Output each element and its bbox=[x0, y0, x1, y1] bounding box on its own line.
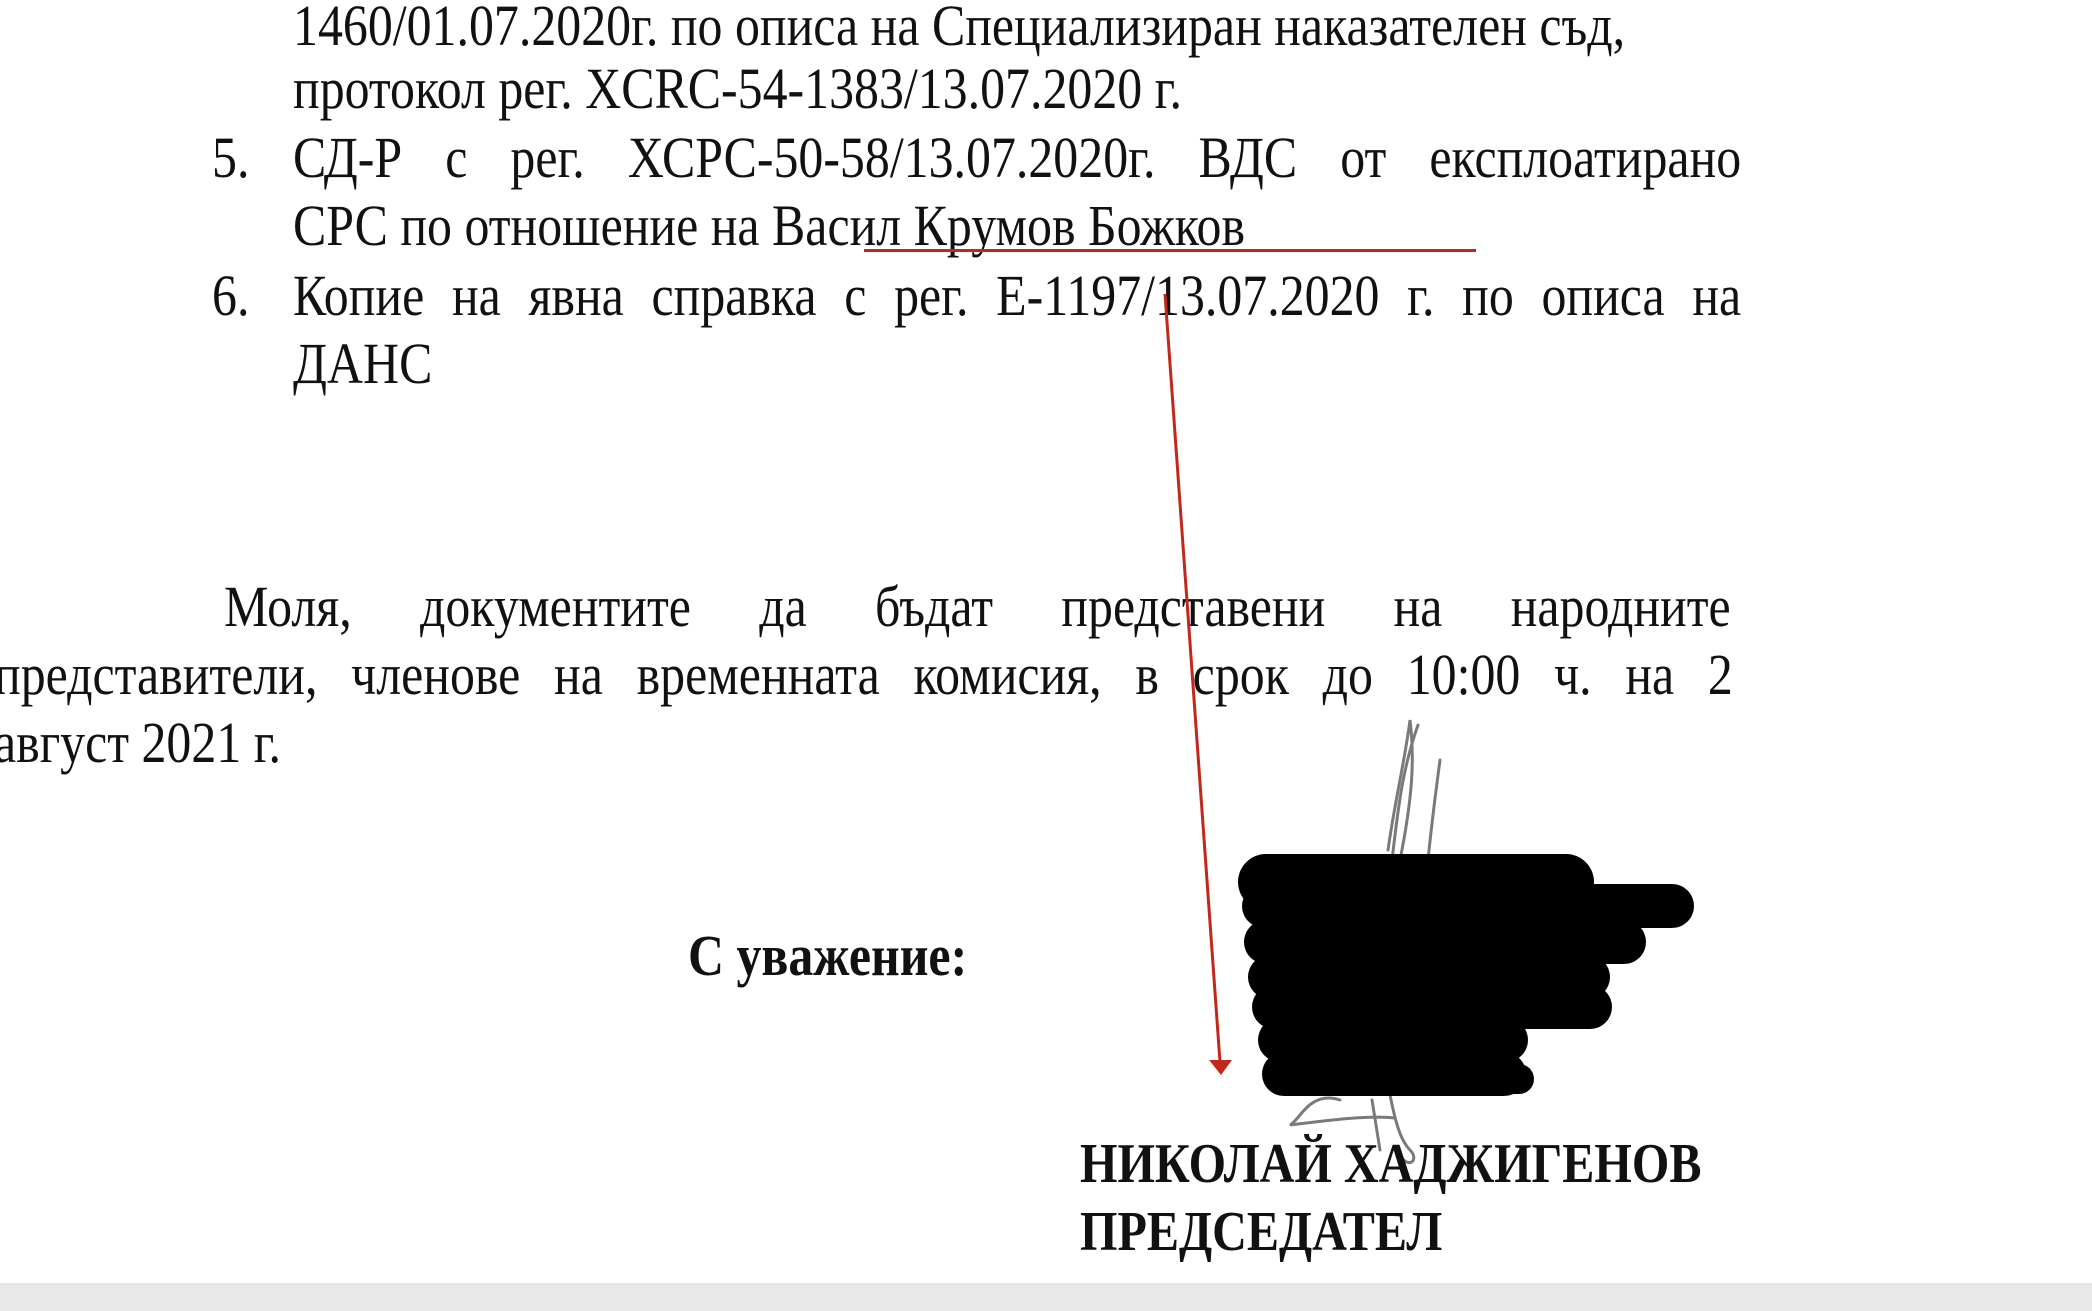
word: експлоатирано bbox=[1429, 124, 1741, 192]
word: рег. bbox=[894, 262, 968, 330]
word: 2 bbox=[1708, 641, 1733, 709]
word: явна bbox=[528, 262, 623, 330]
word: справка bbox=[651, 262, 816, 330]
word: СД-Р bbox=[293, 124, 402, 192]
word: на bbox=[1625, 641, 1674, 709]
item-6-line-1: Копиенаявнасправкасрег.Е-1197/13.07.2020… bbox=[293, 262, 1741, 330]
request-line-1: Моля,документитедабъдатпредставенинанаро… bbox=[224, 573, 1731, 641]
item-5-line-1: СД-Рсрег.ХСРС-50-58/13.07.2020г.ВДСотекс… bbox=[293, 124, 1741, 192]
word: с bbox=[844, 262, 866, 330]
item-5-number: 5. bbox=[212, 124, 249, 192]
word: ХСРС-50-58/13.07.2020г. bbox=[628, 124, 1156, 192]
closing-salutation: С уважение: bbox=[688, 922, 967, 990]
word: Моля, bbox=[224, 573, 352, 641]
item-4-continuation-line-1: 1460/01.07.2020г. по описа на Специализи… bbox=[293, 0, 1625, 60]
word: Е-1197/13.07.2020 bbox=[996, 262, 1379, 330]
item-6-line-2: ДАНС bbox=[293, 330, 432, 398]
word: на bbox=[1692, 262, 1741, 330]
word: да bbox=[759, 573, 807, 641]
word: на bbox=[1394, 573, 1443, 641]
word: рег. bbox=[510, 124, 584, 192]
request-line-3: август 2021 г. bbox=[0, 709, 281, 777]
word: народните bbox=[1511, 573, 1731, 641]
word: бъдат bbox=[875, 573, 993, 641]
word: от bbox=[1340, 124, 1386, 192]
word: комисия, bbox=[913, 641, 1101, 709]
signatory-name: НИКОЛАЙ ХАДЖИГЕНОВ bbox=[1080, 1130, 1701, 1198]
word: представители, bbox=[0, 641, 317, 709]
red-underline-annotation bbox=[864, 249, 1476, 252]
word: в bbox=[1135, 641, 1159, 709]
request-line-2: представители,членовенавременнатакомисия… bbox=[0, 641, 1733, 709]
word: ВДС bbox=[1198, 124, 1297, 192]
word: описа bbox=[1541, 262, 1664, 330]
word: срок bbox=[1193, 641, 1289, 709]
item-4-continuation-line-2: протокол рег. XCRC-54-1383/13.07.2020 г. bbox=[293, 55, 1182, 123]
word: членове bbox=[351, 641, 520, 709]
word: на bbox=[554, 641, 603, 709]
item-6-number: 6. bbox=[212, 262, 249, 330]
word: по bbox=[1462, 262, 1514, 330]
document-page: 1460/01.07.2020г. по описа на Специализи… bbox=[0, 0, 2092, 1283]
word: г. bbox=[1407, 262, 1434, 330]
redaction-block bbox=[1274, 1064, 1534, 1094]
word: документите bbox=[420, 573, 691, 641]
word: ч. bbox=[1554, 641, 1592, 709]
word: на bbox=[452, 262, 501, 330]
viewer-bottom-bar bbox=[0, 1283, 2092, 1311]
word: с bbox=[445, 124, 467, 192]
item-5-line-2-prefix: СРС по отношение на bbox=[293, 193, 772, 258]
word: до bbox=[1323, 641, 1373, 709]
word: временната bbox=[637, 641, 880, 709]
word: Копие bbox=[293, 262, 424, 330]
word: 10:00 bbox=[1407, 641, 1521, 709]
signatory-title: ПРЕДСЕДАТЕЛ bbox=[1080, 1198, 1442, 1266]
word: представени bbox=[1061, 573, 1325, 641]
